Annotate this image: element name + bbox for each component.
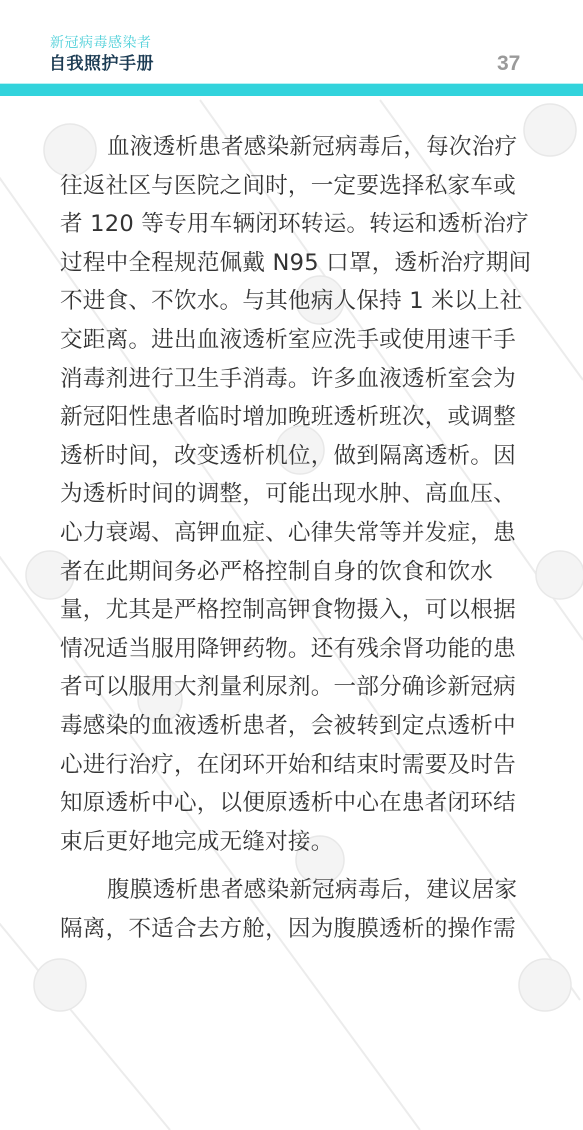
text-line: 束后更好地完成无缝对接。 bbox=[60, 823, 524, 862]
text-line: 交距离。进出血液透析室应洗手或使用速干手 bbox=[60, 321, 524, 360]
text-line: 透析时间，改变透析机位，做到隔离透析。因 bbox=[60, 437, 524, 476]
text-line: 为透析时间的调整，可能出现水肿、高血压、 bbox=[60, 475, 524, 514]
text-line: 心力衰竭、高钾血症、心律失常等并发症，患 bbox=[60, 514, 524, 553]
text-line: 者可以服用大剂量利尿剂。一部分确诊新冠病 bbox=[60, 668, 524, 707]
paragraph: 血液透析患者感染新冠病毒后，每次治疗 往返社区与医院之间时，一定要选择私家车或 … bbox=[60, 128, 524, 861]
text-line: 腹膜透析患者感染新冠病毒后，建议居家 bbox=[60, 871, 524, 910]
book-subtitle: 新冠病毒感染者 bbox=[50, 34, 152, 52]
text-line: 者 120 等专用车辆闭环转运。转运和透析治疗 bbox=[60, 205, 524, 244]
text-line: 隔离，不适合去方舱，因为腹膜透析的操作需 bbox=[60, 910, 524, 949]
text-line: 心进行治疗，在闭环开始和结束时需要及时告 bbox=[60, 746, 524, 785]
text-line: 往返社区与医院之间时，一定要选择私家车或 bbox=[60, 167, 524, 206]
text-line: 血液透析患者感染新冠病毒后，每次治疗 bbox=[60, 128, 524, 167]
text-line: 量，尤其是严格控制高钾食物摄入，可以根据 bbox=[60, 591, 524, 630]
page-number: 37 bbox=[497, 52, 520, 76]
text-line: 消毒剂进行卫生手消毒。许多血液透析室会为 bbox=[60, 360, 524, 399]
text-line: 毒感染的血液透析患者，会被转到定点透析中 bbox=[60, 707, 524, 746]
paragraph: 腹膜透析患者感染新冠病毒后，建议居家 隔离，不适合去方舱，因为腹膜透析的操作需 bbox=[60, 871, 524, 948]
text-line: 新冠阳性患者临时增加晚班透析班次，或调整 bbox=[60, 398, 524, 437]
page-header: 新冠病毒感染者 自我照护手册 37 bbox=[0, 0, 583, 83]
paragraph-spacer bbox=[60, 861, 524, 871]
text-line: 过程中全程规范佩戴 N95 口罩，透析治疗期间 bbox=[60, 244, 524, 283]
text-line: 不进食、不饮水。与其他病人保持 1 米以上社 bbox=[60, 282, 524, 321]
article-body: 血液透析患者感染新冠病毒后，每次治疗 往返社区与医院之间时，一定要选择私家车或 … bbox=[60, 128, 524, 948]
text-line: 者在此期间务必严格控制自身的饮食和饮水 bbox=[60, 553, 524, 592]
header-accent-bar bbox=[0, 83, 583, 96]
book-title: 自我照护手册 bbox=[49, 53, 154, 75]
text-line: 情况适当服用降钾药物。还有残余肾功能的患 bbox=[60, 630, 524, 669]
text-line: 知原透析中心，以便原透析中心在患者闭环结 bbox=[60, 784, 524, 823]
